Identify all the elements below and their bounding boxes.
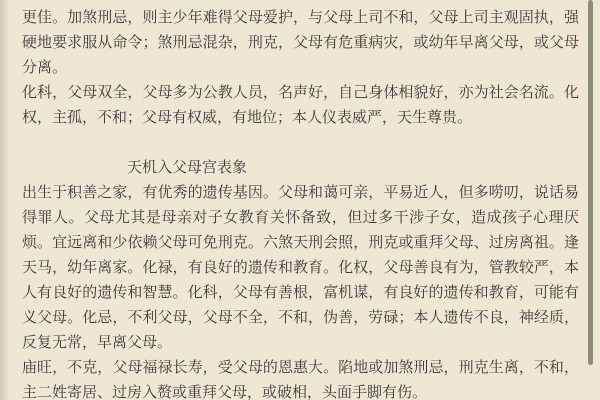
paragraph-huake-huaquan: 化科，父母双全，父母多为公教人员，名声好，自己身体相貌好，亦为社会名流。化权，主… [22, 80, 579, 130]
scrollbar-thumb[interactable] [588, 0, 593, 365]
section-heading: 天机入父母宫表象 [22, 155, 579, 180]
paragraph-miaowang: 庙旺，不克，父母福禄长寿，受父母的恩惠大。陷地或加煞刑忌，刑克生离，不和，主二姓… [22, 355, 579, 400]
paragraph-tianji-description: 出生于积善之家，有优秀的遗传基因。父母和蔼可亲，平易近人，但多唠叨，说话易得罪人… [22, 180, 579, 355]
reading-area: 更佳。加煞刑忌，则主少年难得父母爱护，与父母上司不和，父母上司主观固执，强硬地要… [0, 0, 600, 400]
document-page: 更佳。加煞刑忌，则主少年难得父母爱护，与父母上司不和，父母上司主观固执，强硬地要… [0, 0, 600, 400]
paragraph-shake-continued: 更佳。加煞刑忌，则主少年难得父母爱护，与父母上司不和，父母上司主观固执，强硬地要… [22, 5, 579, 80]
